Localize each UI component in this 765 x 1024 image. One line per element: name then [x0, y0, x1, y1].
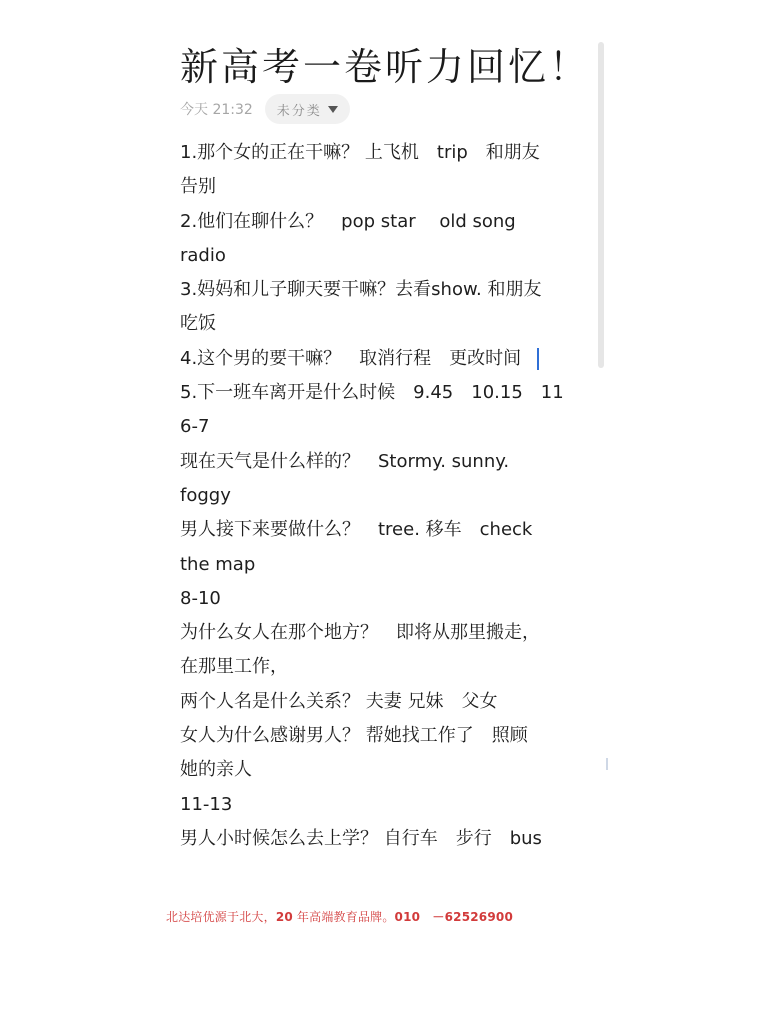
note-timestamp: 今天 21:32 [180, 99, 253, 119]
note-line: foggy [180, 479, 590, 513]
footer-watermark: 北达培优源于北大，20 年高端教育品牌。010 －62526900 [166, 908, 513, 925]
note-line: 她的亲人 [180, 753, 590, 787]
note-line: 2.他们在聊什么？ pop star old song [180, 205, 590, 239]
category-dropdown[interactable]: 未分类 [265, 94, 350, 124]
note-line: 为什么女人在那个地方？ 即将从那里搬走， [180, 616, 590, 650]
note-line: 3.妈妈和儿子聊天要干嘛？去看show. 和朋友 [180, 273, 590, 307]
note-line: 6-7 [180, 410, 590, 444]
note-line: 吃饭 [180, 307, 590, 341]
note-line: 8-10 [180, 582, 590, 616]
edge-handle [606, 758, 608, 770]
note-line: 告别 [180, 170, 590, 204]
note-line: 男人接下来要做什么？ tree. 移车 check [180, 513, 590, 547]
footer-text-2: 年高端教育品牌。 [293, 910, 395, 924]
note-body[interactable]: 1.那个女的正在干嘛？ 上飞机 trip 和朋友 告别 2.他们在聊什么？ po… [180, 136, 590, 856]
category-label: 未分类 [277, 100, 322, 119]
text-cursor [537, 348, 539, 370]
vertical-scrollbar[interactable] [598, 42, 604, 368]
note-line: 在那里工作， [180, 650, 590, 684]
note-title[interactable]: 新高考一卷听力回忆！ [180, 42, 590, 92]
note-line: 两个人名是什么关系？ 夫妻 兄妹 父女 [180, 685, 590, 719]
note-line: 现在天气是什么样的？ Stormy. sunny. [180, 445, 590, 479]
note-line: 11-13 [180, 788, 590, 822]
note-line-text: 4.这个男的要干嘛？ 取消行程 更改时间 [180, 348, 521, 369]
note-line: 男人小时候怎么去上学？ 自行车 步行 bus [180, 822, 590, 856]
note-line-with-cursor: 4.这个男的要干嘛？ 取消行程 更改时间 [180, 342, 590, 376]
footer-phone: 010 －62526900 [395, 910, 513, 924]
footer-years: 20 [276, 910, 293, 924]
note-line: 1.那个女的正在干嘛？ 上飞机 trip 和朋友 [180, 136, 590, 170]
note-meta: 今天 21:32 未分类 [180, 93, 350, 125]
note-line: the map [180, 548, 590, 582]
footer-text-1: 北达培优源于北大， [166, 910, 276, 924]
note-editor: 新高考一卷听力回忆！ 今天 21:32 未分类 1.那个女的正在干嘛？ 上飞机 … [0, 0, 765, 1024]
note-line: radio [180, 239, 590, 273]
note-line: 女人为什么感谢男人？ 帮她找工作了 照顾 [180, 719, 590, 753]
note-line: 5.下一班车离开是什么时候 9.45 10.15 11 [180, 376, 590, 410]
caret-down-icon [328, 106, 338, 113]
